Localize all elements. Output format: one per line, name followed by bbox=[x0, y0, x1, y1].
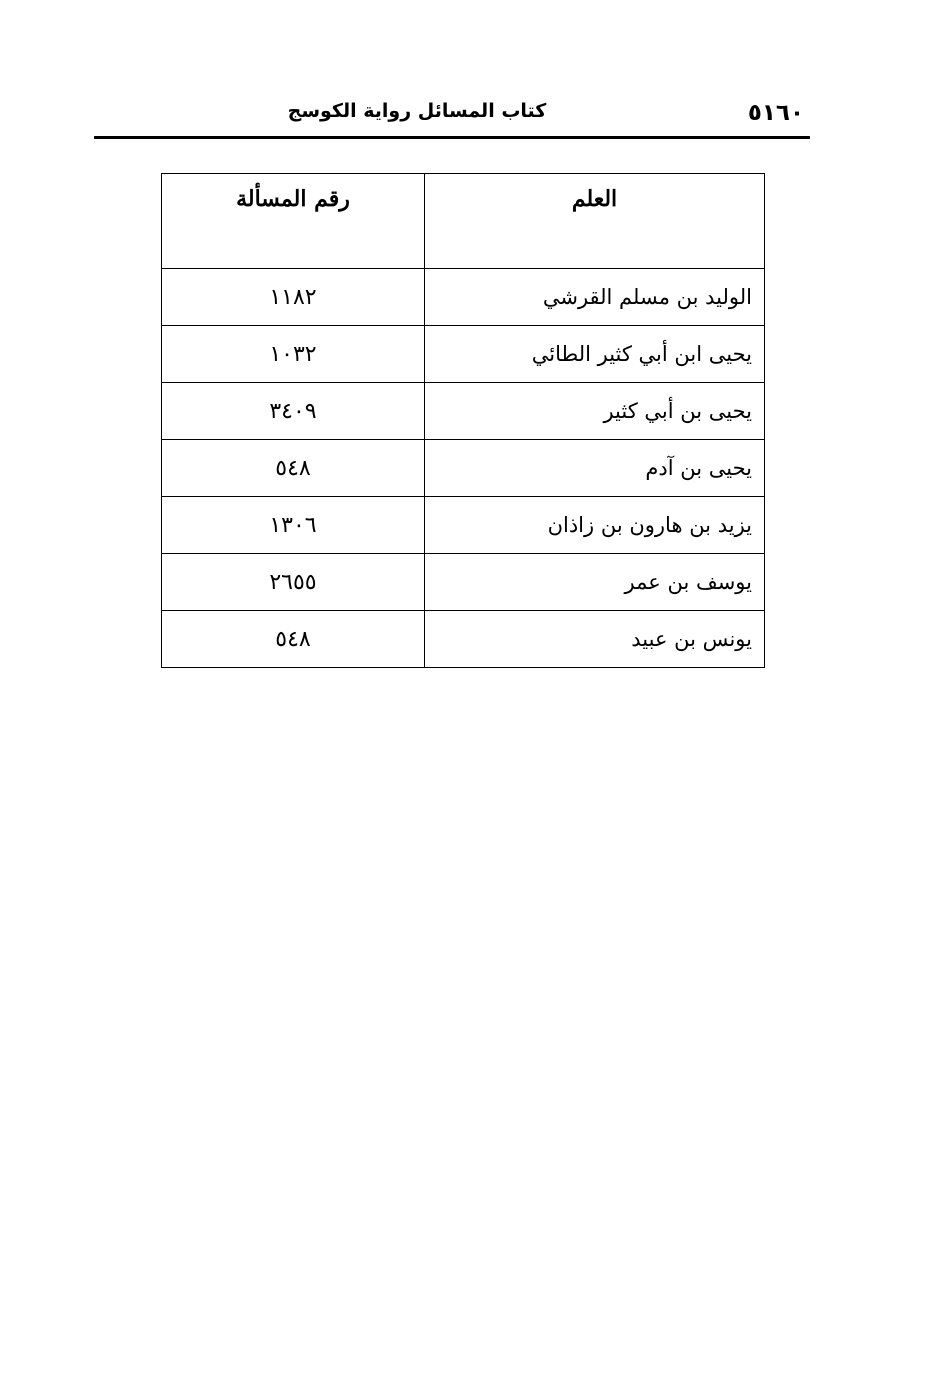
issue-number: ٢٦٥٥ bbox=[162, 554, 425, 611]
person-name: الوليد بن مسلم القرشي bbox=[425, 269, 765, 326]
issue-number: ١٠٣٢ bbox=[162, 326, 425, 383]
table-row: الوليد بن مسلم القرشي ١١٨٢ bbox=[162, 269, 765, 326]
issue-number: ٥٤٨ bbox=[162, 440, 425, 497]
issue-number: ٥٤٨ bbox=[162, 611, 425, 668]
person-name: يونس بن عبيد bbox=[425, 611, 765, 668]
person-name: يحيى ابن أبي كثير الطائي bbox=[425, 326, 765, 383]
person-name: يحيى بن أبي كثير bbox=[425, 383, 765, 440]
issue-number: ٣٤٠٩ bbox=[162, 383, 425, 440]
table-row: يزيد بن هارون بن زاذان ١٣٠٦ bbox=[162, 497, 765, 554]
column-header-name: العلم bbox=[425, 174, 765, 269]
issue-number: ١١٨٢ bbox=[162, 269, 425, 326]
table-row: يونس بن عبيد ٥٤٨ bbox=[162, 611, 765, 668]
table-row: يحيى بن آدم ٥٤٨ bbox=[162, 440, 765, 497]
table-row: يحيى ابن أبي كثير الطائي ١٠٣٢ bbox=[162, 326, 765, 383]
column-header-number: رقم المسألة bbox=[162, 174, 425, 269]
page-header: ٥١٦٠ كتاب المسائل رواية الكوسج bbox=[94, 96, 810, 139]
table-header-row: العلم رقم المسألة bbox=[162, 174, 765, 269]
running-title: كتاب المسائل رواية الكوسج bbox=[94, 100, 810, 122]
index-table: العلم رقم المسألة الوليد بن مسلم القرشي … bbox=[161, 173, 765, 668]
table-row: يحيى بن أبي كثير ٣٤٠٩ bbox=[162, 383, 765, 440]
issue-number: ١٣٠٦ bbox=[162, 497, 425, 554]
person-name: يزيد بن هارون بن زاذان bbox=[425, 497, 765, 554]
person-name: يوسف بن عمر bbox=[425, 554, 765, 611]
person-name: يحيى بن آدم bbox=[425, 440, 765, 497]
table-row: يوسف بن عمر ٢٦٥٥ bbox=[162, 554, 765, 611]
